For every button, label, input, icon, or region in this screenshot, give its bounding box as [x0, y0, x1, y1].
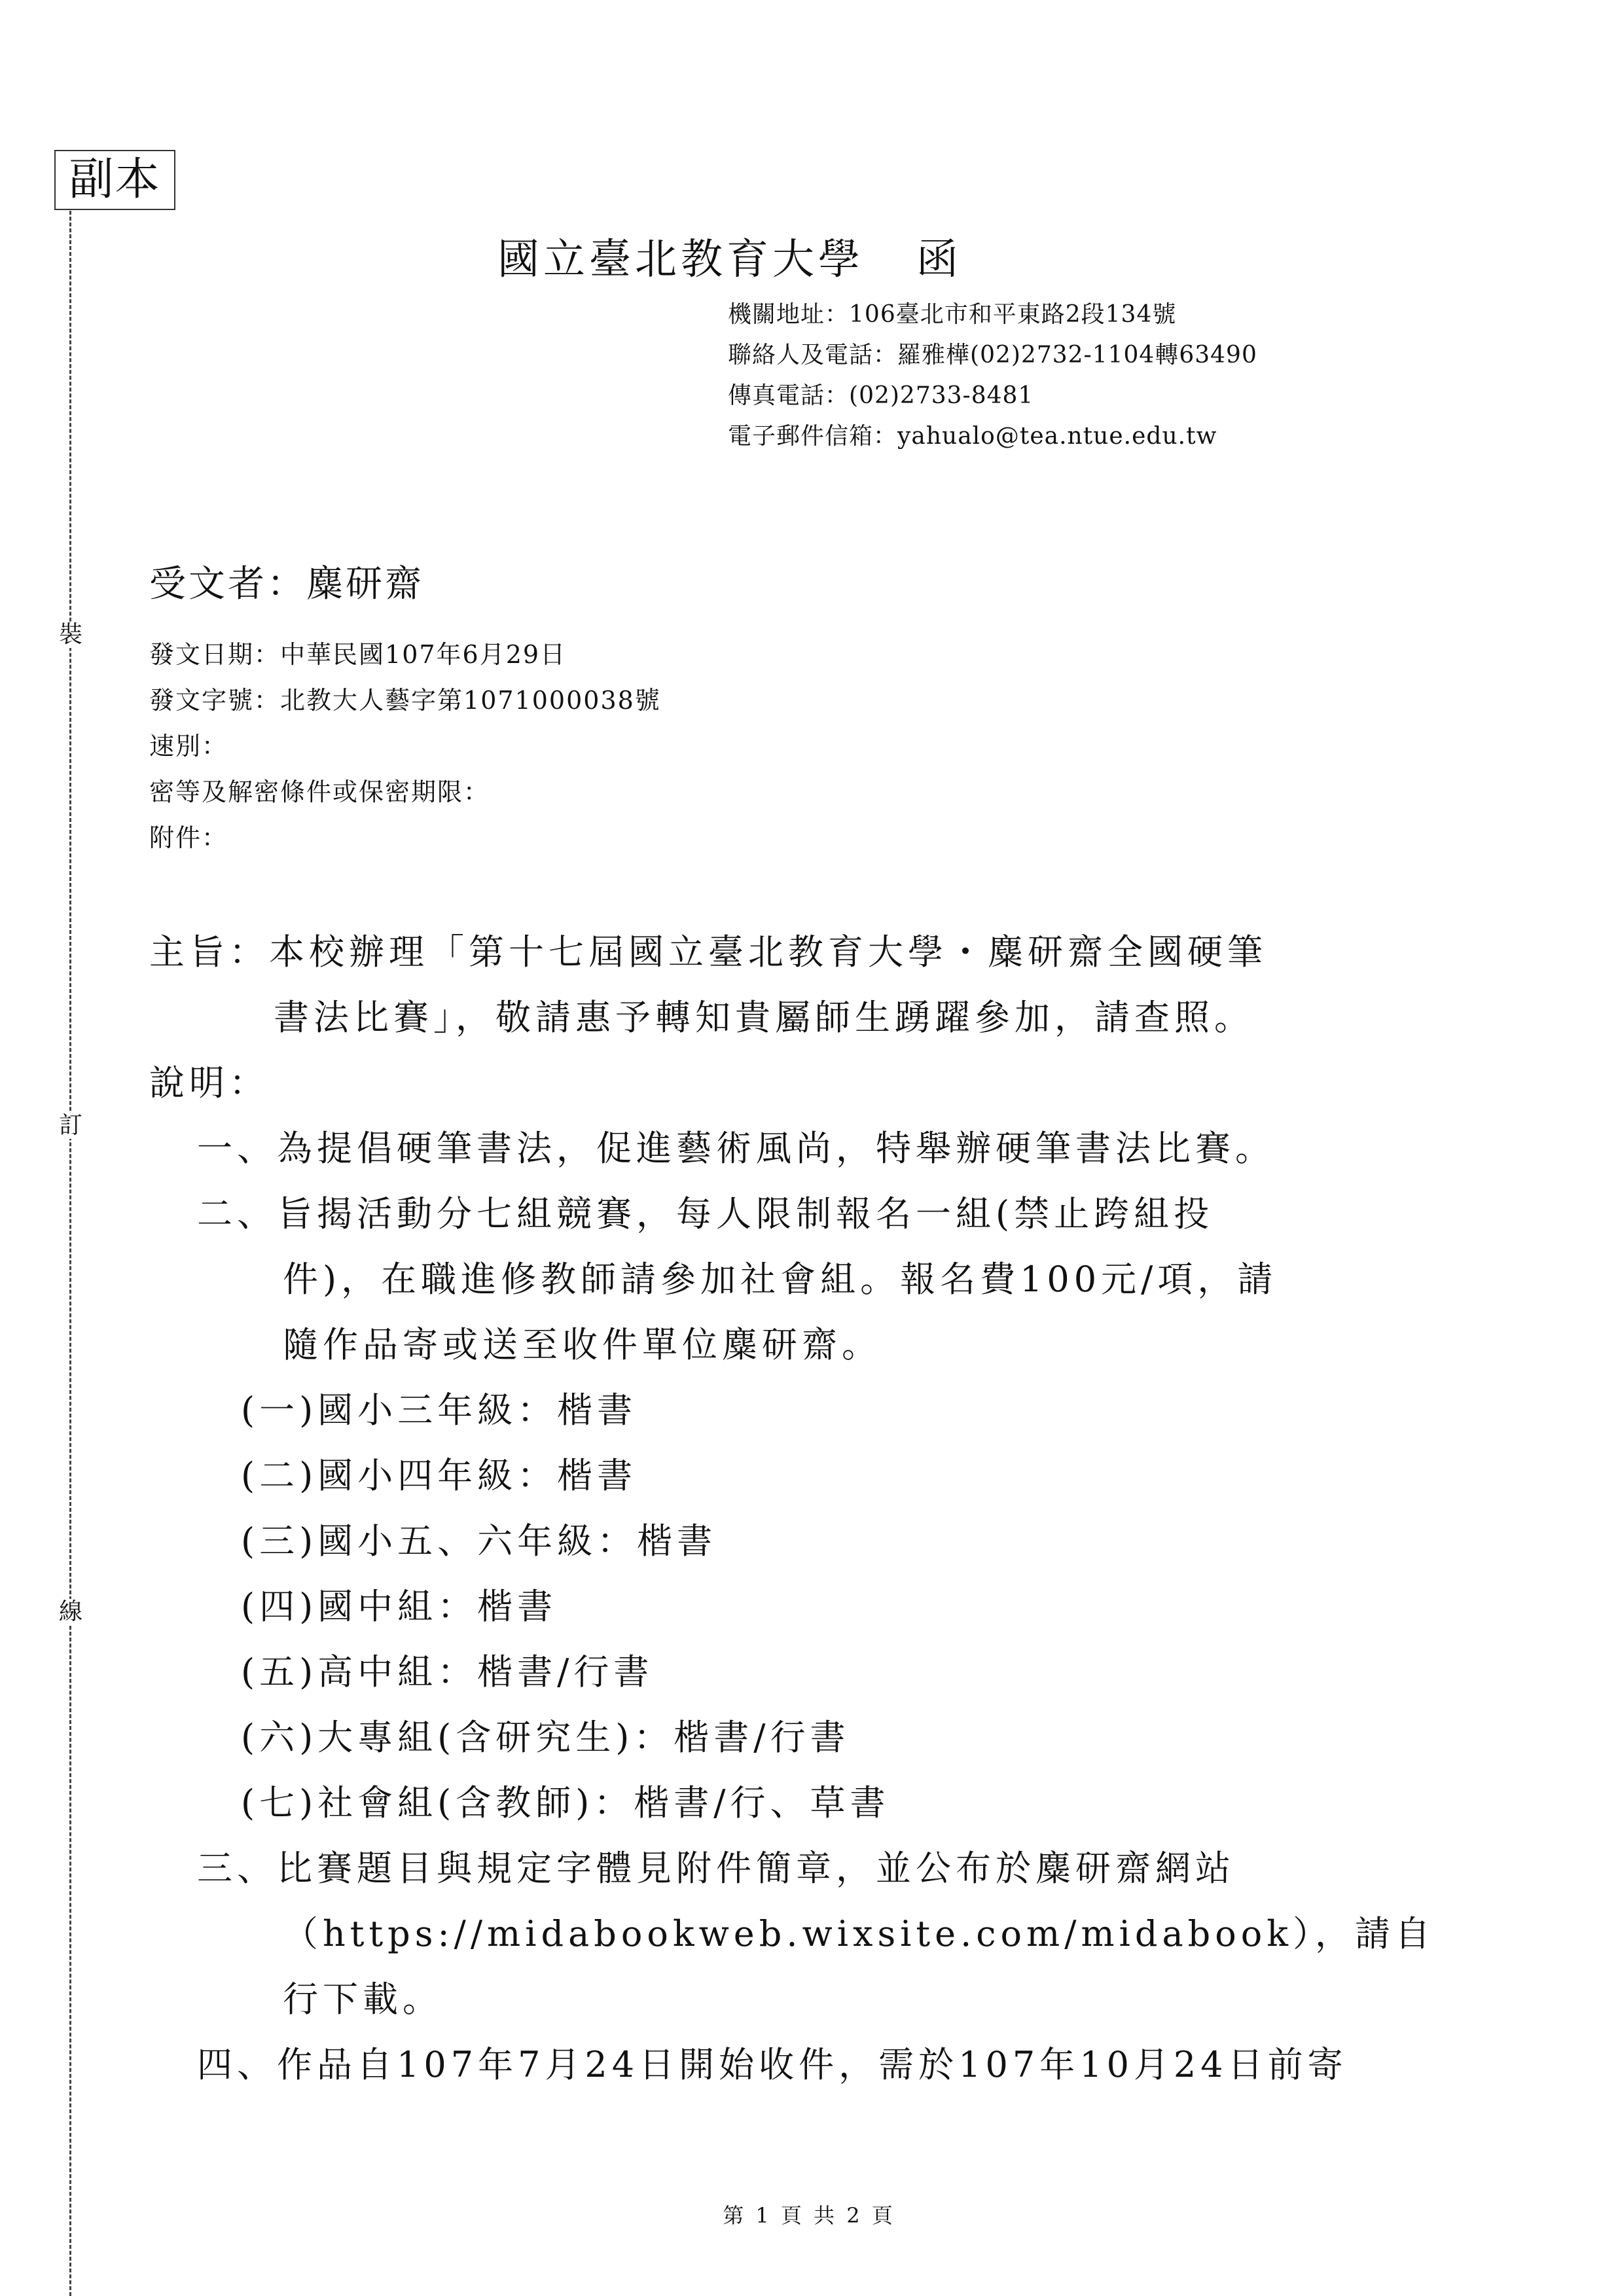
issue-date: 發文日期：中華民國107年6月29日 [149, 632, 661, 677]
info-label: 聯絡人及電話 [728, 342, 873, 368]
explanation-section: 說明： 一、為提倡硬筆書法，促進藝術風尚，特舉辦硬筆書法比賽。 二、旨揭活動分七… [149, 1050, 1465, 2098]
info-value: 106臺北市和平東路2段134號 [849, 301, 1176, 328]
explanation-label: 說明 [149, 1062, 229, 1103]
binding-dashed-line [69, 211, 71, 2296]
meta-label: 速別 [149, 732, 202, 761]
recipient: 受文者：麋研齋 [149, 555, 424, 607]
item-text: 旨揭活動分七組競賽，每人限制報名一組(禁止跨組投 [277, 1193, 1213, 1234]
group-number: (三) [241, 1520, 317, 1562]
subject-line: 主旨：本校辦理「第十七屆國立臺北教育大學・麋研齋全國硬筆 [149, 920, 1465, 985]
group-name: 國小四年級 [317, 1455, 517, 1496]
group-number: (六) [241, 1717, 317, 1758]
group-number: (四) [241, 1586, 317, 1627]
meta-value: 中華民國107年6月29日 [280, 640, 566, 669]
recipient-value: 麋研齋 [306, 563, 424, 605]
group-number: (二) [241, 1455, 317, 1496]
attachments: 附件： [149, 815, 661, 861]
group-number: (五) [241, 1651, 317, 1693]
group-name: 國小三年級 [317, 1390, 517, 1431]
group-name: 社會組(含教師) [317, 1782, 594, 1823]
group-name: 大專組(含研究生) [317, 1717, 634, 1758]
agency-address: 機關地址：106臺北市和平東路2段134號 [728, 295, 1257, 335]
group-style: 楷書/行書 [674, 1717, 850, 1758]
email-address: 電子郵件信箱：yahualo@tea.ntue.edu.tw [728, 416, 1257, 457]
info-label: 電子郵件信箱 [728, 423, 873, 450]
group-number: (七) [241, 1782, 317, 1823]
group-item: (五)高中組：楷書/行書 [149, 1640, 1465, 1705]
page-number: 第 1 頁 共 2 頁 [0, 2199, 1618, 2229]
explanation-item: 一、為提倡硬筆書法，促進藝術風尚，特舉辦硬筆書法比賽。 [149, 1116, 1465, 1181]
group-item: (七)社會組(含教師)：楷書/行、草書 [149, 1770, 1465, 1836]
group-item: (一)國小三年級：楷書 [149, 1378, 1465, 1443]
item-number: 三、 [197, 1848, 277, 1889]
explanation-heading: 說明： [149, 1050, 1465, 1116]
info-value: yahualo@tea.ntue.edu.tw [897, 423, 1217, 450]
item-number: 二、 [197, 1193, 277, 1234]
item-text: 作品自107年7月24日開始收件，需於107年10月24日前寄 [277, 2044, 1348, 2085]
group-style: 楷書/行書 [477, 1651, 653, 1693]
competition-groups: (一)國小三年級：楷書 (二)國小四年級：楷書 (三)國小五、六年級：楷書 (四… [149, 1378, 1465, 1836]
group-style: 楷書 [557, 1455, 637, 1496]
meta-value: 北教大人藝字第1071000038號 [280, 686, 661, 715]
item-text: 為提倡硬筆書法，促進藝術風尚，特舉辦硬筆書法比賽。 [277, 1128, 1275, 1169]
contact-person-phone: 聯絡人及電話：羅雅樺(02)2732-1104轉63490 [728, 335, 1257, 376]
meta-label: 發文字號 [149, 686, 254, 715]
info-label: 機關地址 [728, 301, 825, 328]
subject-section: 主旨：本校辦理「第十七屆國立臺北教育大學・麋研齋全國硬筆 書法比賽」，敬請惠予轉… [149, 920, 1465, 1050]
document-title: 國立臺北教育大學函 [497, 226, 962, 286]
meta-label: 附件 [149, 823, 202, 852]
copy-stamp-label: 副本 [69, 154, 160, 206]
binding-char-staple: 訂 [58, 1113, 84, 1139]
subject-line: 書法比賽」，敬請惠予轉知貴屬師生踴躍參加，請查照。 [149, 985, 1465, 1050]
explanation-item: 四、作品自107年7月24日開始收件，需於107年10月24日前寄 [149, 2032, 1465, 2098]
explanation-item: 二、旨揭活動分七組競賽，每人限制報名一組(禁止跨組投 [149, 1181, 1465, 1247]
group-name: 國小五、六年級 [317, 1520, 597, 1562]
meta-label: 發文日期 [149, 640, 254, 669]
group-item: (三)國小五、六年級：楷書 [149, 1509, 1465, 1574]
document-meta: 發文日期：中華民國107年6月29日 發文字號：北教大人藝字第107100003… [149, 632, 661, 861]
item-text: 比賽題目與規定字體見附件簡章，並公布於麋研齋網站 [277, 1848, 1235, 1889]
classification: 密等及解密條件或保密期限： [149, 769, 661, 815]
document-body: 主旨：本校辦理「第十七屆國立臺北教育大學・麋研齋全國硬筆 書法比賽」，敬請惠予轉… [149, 920, 1465, 2098]
group-style: 楷書 [557, 1390, 637, 1431]
binding-char-line: 線 [58, 1599, 84, 1625]
info-value: (02)2733-8481 [849, 382, 1034, 409]
document-number: 發文字號：北教大人藝字第1071000038號 [149, 677, 661, 723]
agency-contact-info: 機關地址：106臺北市和平東路2段134號 聯絡人及電話：羅雅樺(02)2732… [728, 295, 1257, 457]
item-continuation: 隨作品寄或送至收件單位麋研齋。 [149, 1312, 1465, 1378]
group-item: (四)國中組：楷書 [149, 1574, 1465, 1640]
group-style: 楷書 [477, 1586, 557, 1627]
fax-number: 傳真電話：(02)2733-8481 [728, 376, 1257, 416]
group-item: (二)國小四年級：楷書 [149, 1443, 1465, 1509]
urgency: 速別： [149, 723, 661, 769]
agency-name: 國立臺北教育大學 [497, 236, 864, 284]
item-continuation: 行下載。 [149, 1967, 1465, 2032]
group-name: 高中組 [317, 1651, 437, 1693]
item-number: 一、 [197, 1128, 277, 1169]
info-label: 傳真電話 [728, 382, 825, 409]
group-item: (六)大專組(含研究生)：楷書/行書 [149, 1705, 1465, 1770]
explanation-item: 三、比賽題目與規定字體見附件簡章，並公布於麋研齋網站 [149, 1836, 1465, 1901]
binding-char-bind: 裝 [58, 622, 84, 648]
subject-label: 主旨 [149, 931, 229, 973]
recipient-label: 受文者 [149, 563, 267, 605]
info-value: 羅雅樺(02)2732-1104轉63490 [897, 342, 1257, 368]
subject-text: 本校辦理「第十七屆國立臺北教育大學・麋研齋全國硬筆 [269, 931, 1267, 973]
group-style: 楷書 [637, 1520, 717, 1562]
copy-stamp: 副本 [54, 150, 175, 210]
document-type: 函 [916, 236, 962, 284]
group-style: 楷書/行、草書 [634, 1782, 890, 1823]
item-number: 四、 [197, 2044, 277, 2085]
group-name: 國中組 [317, 1586, 437, 1627]
meta-label: 密等及解密條件或保密期限 [149, 778, 463, 806]
item-continuation: 件)，在職進修教師請參加社會組。報名費100元/項，請 [149, 1247, 1465, 1312]
group-number: (一) [241, 1390, 317, 1431]
item-continuation-url: （https://midabookweb.wixsite.com/midaboo… [149, 1901, 1465, 1967]
